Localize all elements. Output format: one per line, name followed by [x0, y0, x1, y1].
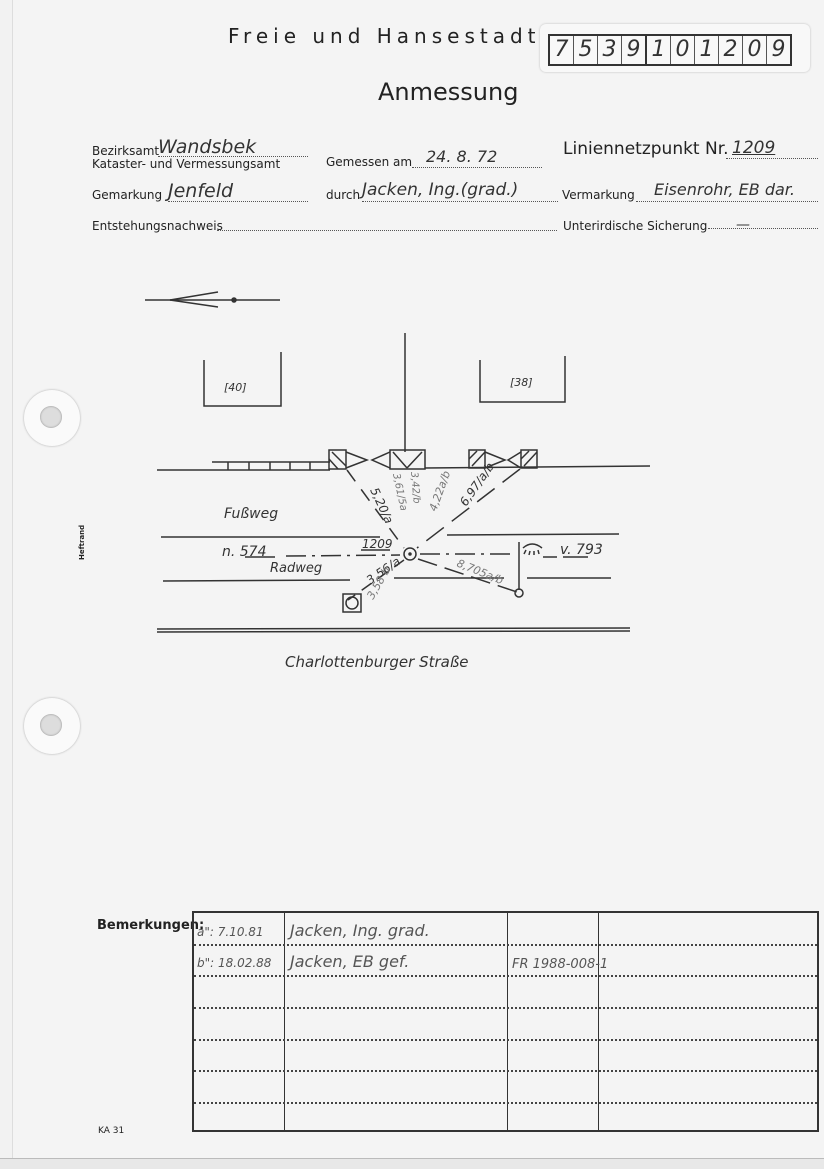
building-right-number: [38]: [510, 376, 533, 389]
street-name: Charlottenburger Straße: [285, 653, 469, 671]
form-code: KA 31: [98, 1126, 124, 1136]
from-point-label: n. 574: [222, 544, 267, 560]
survey-sketch: [40] [38] Fußweg Radweg n. 574 v. 793 12…: [0, 0, 824, 700]
remarks-table: a": 7.10.81 Jacken, Ing. grad. b": 18.02…: [192, 911, 819, 1132]
remark-reference: FR 1988-008-1: [512, 957, 608, 972]
measurement: 3,42/b: [408, 471, 422, 504]
remark-author: Jacken, EB gef.: [290, 952, 409, 971]
remark-date: a": 7.10.81: [197, 925, 264, 939]
scan-edge: [0, 1158, 824, 1169]
remark-author: Jacken, Ing. grad.: [290, 921, 430, 940]
measurement: 4,22a/b: [427, 469, 454, 513]
measurement: 5,20/a: [367, 485, 396, 525]
point-number-label: 1209: [362, 537, 393, 551]
punch-hole-bottom: [24, 698, 80, 754]
remark-date: b": 18.02.88: [197, 956, 271, 970]
building-left: [204, 352, 281, 406]
cycle-path-label: Radweg: [270, 561, 322, 576]
footpath-label: Fußweg: [224, 506, 278, 522]
measurement: 3,61/5a: [390, 472, 409, 512]
north-arrow-icon: [145, 292, 280, 307]
building-left-number: [40]: [224, 381, 247, 394]
to-point-label: v. 793: [560, 542, 603, 558]
remarks-label: Bemerkungen:: [97, 918, 204, 933]
measurement: 8,705a/b: [455, 557, 505, 587]
